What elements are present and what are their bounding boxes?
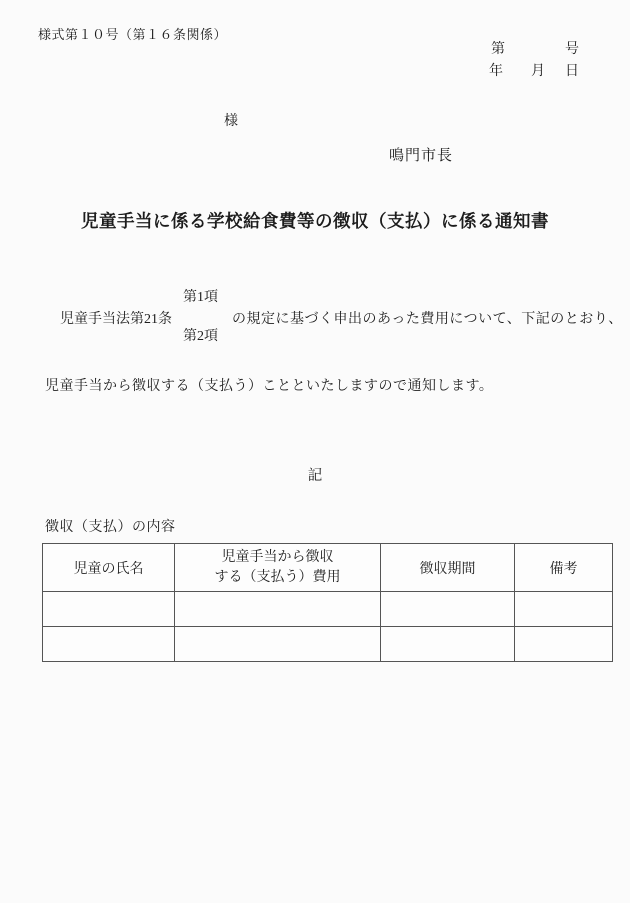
- fee-table: 児童の氏名 児童手当から徴収 する（支払う）費用 徴収期間 備考: [42, 543, 613, 662]
- law-continuation-text: の規定に基づく申出のあった費用について、下記のとおり、: [232, 308, 623, 328]
- law-clause-2: 第2項: [183, 325, 218, 345]
- table-header-row: 児童の氏名 児童手当から徴収 する（支払う）費用 徴収期間 備考: [43, 544, 613, 592]
- date-month-label: 月: [531, 60, 545, 80]
- cell-period: [381, 592, 515, 627]
- document-title: 児童手当に係る学校給食費等の徴収（支払）に係る通知書: [0, 208, 630, 233]
- law-clause-1: 第1項: [183, 286, 218, 306]
- cell-child-name: [43, 627, 175, 662]
- header-fee: 児童手当から徴収 する（支払う）費用: [175, 544, 381, 592]
- cell-fee: [175, 592, 381, 627]
- ki-heading: 記: [0, 464, 630, 485]
- addressee-honorific: 様: [224, 110, 238, 130]
- header-remarks: 備考: [515, 544, 613, 592]
- header-child-name: 児童の氏名: [43, 544, 175, 592]
- cell-fee: [175, 627, 381, 662]
- sender-mayor: 鳴門市長: [389, 144, 453, 165]
- form-number: 様式第１０号（第１６条関係）: [38, 24, 227, 43]
- notification-body-text: 児童手当から徴収する（支払う）ことといたしますので通知します。: [45, 375, 493, 395]
- doc-number-prefix: 第: [491, 38, 505, 58]
- table-row: [43, 592, 613, 627]
- cell-child-name: [43, 592, 175, 627]
- date-year-label: 年: [489, 60, 503, 80]
- notification-document: 様式第１０号（第１６条関係） 第 号 年 月 日 様 鳴門市長 児童手当に係る学…: [0, 0, 630, 903]
- header-period: 徴収期間: [381, 544, 515, 592]
- table-row: [43, 627, 613, 662]
- law-name: 児童手当法第21条: [60, 308, 172, 328]
- cell-period: [381, 627, 515, 662]
- date-day-label: 日: [565, 60, 579, 80]
- table-caption: 徴収（支払）の内容: [45, 516, 176, 536]
- cell-remarks: [515, 592, 613, 627]
- cell-remarks: [515, 627, 613, 662]
- doc-number-suffix: 号: [565, 38, 579, 58]
